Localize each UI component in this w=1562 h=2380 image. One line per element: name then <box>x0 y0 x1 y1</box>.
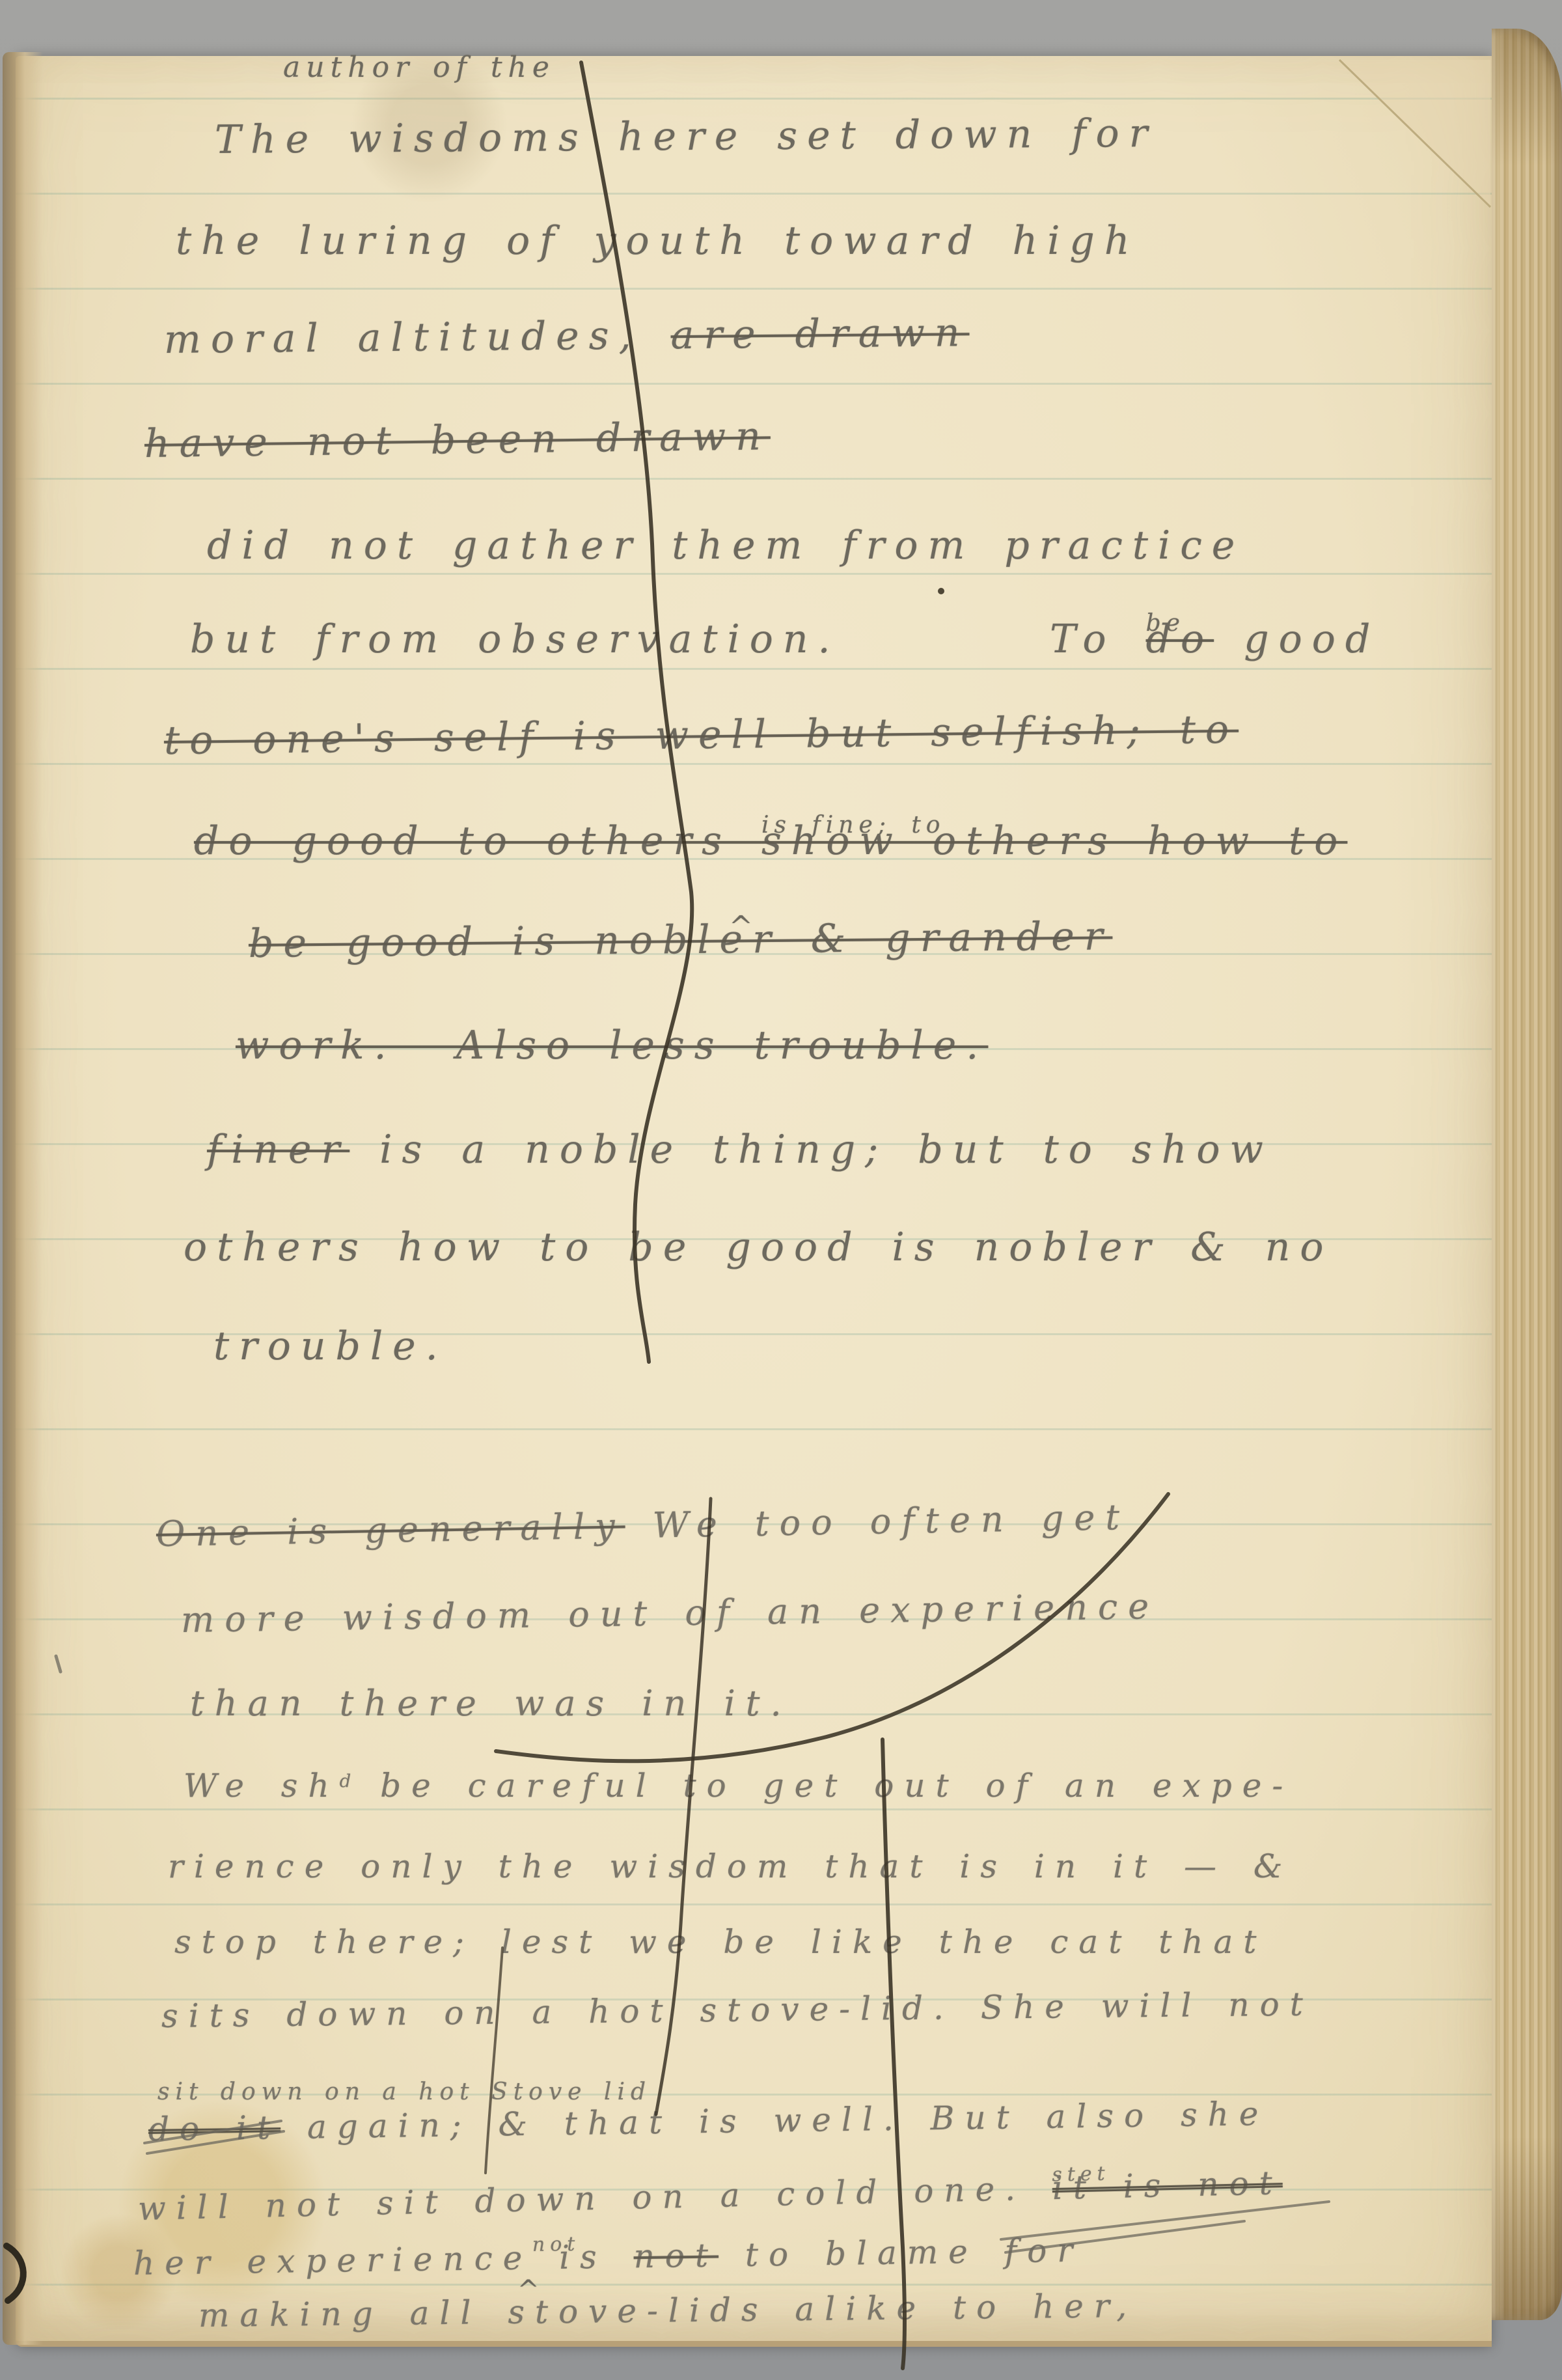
ms-text: rience only the wisdom that is in it — & <box>168 1847 1293 1885</box>
caret-mark: ^ <box>517 2277 550 2303</box>
ms-text: moral altitudes, <box>164 312 671 363</box>
ms-line-1: The wisdoms here set down for <box>215 114 1158 159</box>
struck-text: finer <box>207 1127 349 1172</box>
struck-text: work. Also less trouble. <box>236 1023 988 1068</box>
struck-text: are drawn <box>670 310 969 358</box>
ms-text: than there was in it. <box>190 1683 792 1724</box>
ms-text: her experience <box>133 2239 533 2282</box>
ms-line-24: making all stove-lids alike to her, <box>199 2290 1138 2332</box>
ms-text: sit down on a hot Stove lid <box>158 2079 651 2105</box>
struck-text: One is generally <box>156 1505 625 1555</box>
superscript-text: d <box>340 1771 354 1792</box>
scanned-notebook-spread: author of the The wisdoms here set down … <box>0 0 1562 2380</box>
ms-text: author of the <box>283 51 555 84</box>
ms-text: stop there; lest we be like the cat that <box>174 1923 1267 1961</box>
caret-mark: ^ <box>729 913 763 941</box>
ms-text: ^ <box>729 910 763 943</box>
ms-line-7: to one's self is well but selfish; to <box>164 710 1239 760</box>
ms-line-17: We shd be careful to get out of an expe- <box>184 1769 1293 1802</box>
ms-line-13: trouble. <box>213 1327 448 1366</box>
struck-text: be good is nobler & grander <box>249 913 1113 967</box>
ms-line-2: the luring of youth toward high <box>176 221 1139 260</box>
ms-text: We sh <box>184 1767 340 1805</box>
ms-text: The wisdoms here set down for <box>215 111 1158 163</box>
ms-line-10: work. Also less trouble. <box>236 1026 988 1065</box>
struck-text: do good to others <box>194 818 761 864</box>
binding-gutter-edge <box>3 52 43 2345</box>
ms-line-9: be good is nobler & grander <box>249 917 1113 963</box>
ms-line-12: others how to be good is nobler & no <box>184 1228 1333 1267</box>
ms-text: ^ <box>517 2275 550 2305</box>
stet-annotation: stet <box>1052 2166 1052 2185</box>
ms-text: is a noble thing; but to show <box>349 1127 1273 1172</box>
ms-line-6: but from observation. To bedo good <box>190 620 1380 659</box>
struck-text: do it <box>148 2109 281 2148</box>
ms-line-19: stop there; lest we be like the cat that <box>174 1926 1267 1958</box>
interline-heading: author of the <box>283 53 555 82</box>
ms-line-18: rience only the wisdom that is in it — & <box>168 1850 1293 1883</box>
ms-text: others how to be good is nobler & no <box>184 1225 1333 1270</box>
ms-text: the luring of youth toward high <box>176 218 1139 264</box>
page-fore-edge-stack <box>1492 29 1562 2320</box>
ms-text: trouble. <box>213 1323 448 1369</box>
ms-line-3: moral altitudes, are drawn <box>164 313 970 359</box>
ms-text: good <box>1214 616 1380 662</box>
interline-revision: sit down on a hot Stove lid <box>158 2081 651 2104</box>
ms-text: be careful to get out of an expe- <box>353 1767 1293 1805</box>
ms-text: to blame for <box>719 2232 1084 2275</box>
struck-text: have not been drawn <box>144 413 771 467</box>
struck-text: not <box>633 2236 719 2275</box>
ms-line-8: do good to others is fine; toshow others… <box>194 822 1347 861</box>
ms-text: but from observation. To <box>190 616 1146 662</box>
ms-text: did not gather them from practice <box>207 523 1244 568</box>
ms-line-4: have not been drawn <box>144 417 771 464</box>
ms-line-5: did not gather them from practice <box>207 526 1244 565</box>
ms-line-11: finer is a noble thing; but to show <box>207 1130 1273 1169</box>
ms-line-16: than there was in it. <box>190 1686 792 1721</box>
